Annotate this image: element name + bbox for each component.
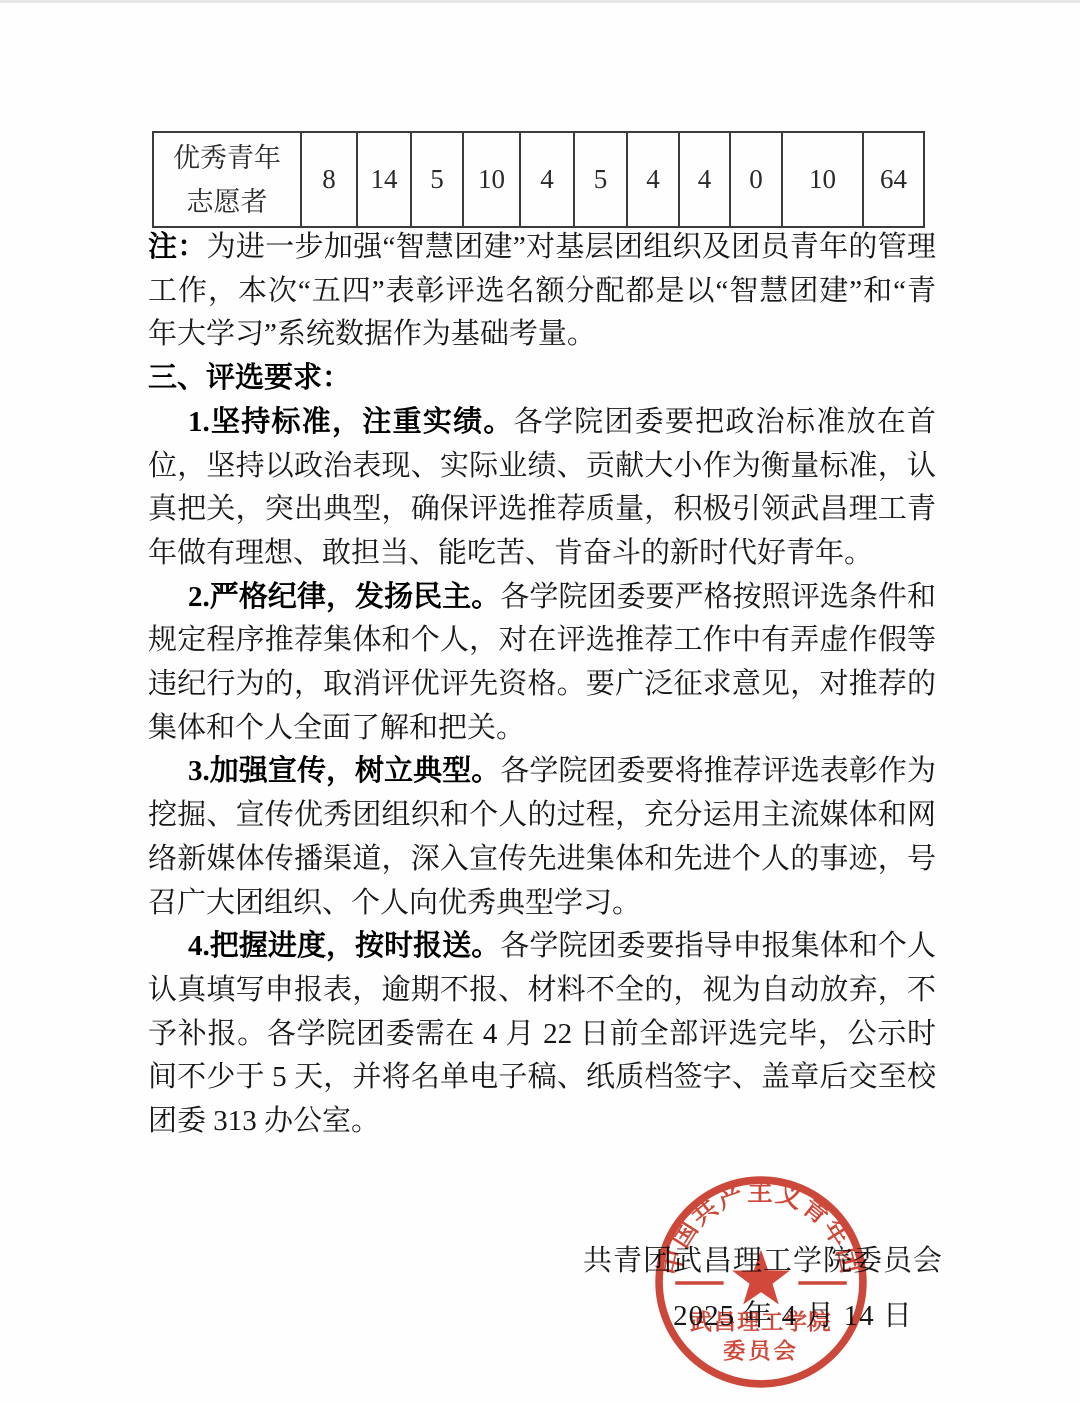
- note-paragraph: 注：为进一步加强“智慧团建”对基层团组织及团员青年的管理工作，本次“五四”表彰评…: [148, 226, 936, 357]
- table-cell: 64: [863, 132, 924, 227]
- item-1-lead: 1.坚持标准，注重实绩。: [188, 406, 514, 438]
- item-paragraph-3: 3.加强宣传，树立典型。各学院团委要将推荐评选表彰作为挖掘、宣传优秀团组织和个人…: [148, 750, 936, 925]
- seal-school-text: 武昌理工学院: [690, 1308, 832, 1334]
- section-heading: 三、评选要求：: [148, 357, 936, 401]
- quota-table: 优秀青年 志愿者 8 14 5 10 4 5 4 4 0 10 64: [152, 131, 925, 228]
- item-4-lead: 4.把握进度，按时报送。: [188, 930, 500, 962]
- row-label-cell: 优秀青年 志愿者: [153, 132, 301, 227]
- row-label-line2: 志愿者: [154, 180, 300, 224]
- body-text: 注：为进一步加强“智慧团建”对基层团组织及团员青年的管理工作，本次“五四”表彰评…: [148, 226, 936, 1144]
- table-cell: 0: [730, 132, 782, 227]
- table-cell: 5: [411, 132, 463, 227]
- note-lead: 注：: [148, 231, 207, 263]
- seal-star-icon: [732, 1250, 790, 1305]
- item-3-lead: 3.加强宣传，树立典型。: [188, 755, 500, 787]
- table-cell: 10: [463, 132, 520, 227]
- seal-committee-text: 委员会: [723, 1338, 799, 1364]
- table-cell: 4: [520, 132, 574, 227]
- item-paragraph-4: 4.把握进度，按时报送。各学院团委要指导申报集体和个人认真填写申报表，逾期不报、…: [148, 925, 936, 1144]
- table-cell: 14: [357, 132, 411, 227]
- scan-edge-strip: [0, 0, 1080, 3]
- item-paragraph-2: 2.严格纪律，发扬民主。各学院团委要严格按照评选条件和规定程序推荐集体和个人，对…: [148, 576, 936, 751]
- table-cell: 5: [574, 132, 627, 227]
- table-row: 优秀青年 志愿者 8 14 5 10 4 5 4 4 0 10 64: [153, 132, 924, 227]
- table-cell: 8: [301, 132, 357, 227]
- item-paragraph-1: 1.坚持标准，注重实绩。各学院团委要把政治标准放在首位，坚持以政治表现、实际业绩…: [148, 401, 936, 576]
- table-cell: 4: [627, 132, 679, 227]
- table-cell: 10: [782, 132, 863, 227]
- table-cell: 4: [679, 132, 730, 227]
- row-label-line1: 优秀青年: [154, 136, 300, 180]
- item-2-lead: 2.严格纪律，发扬民主。: [188, 581, 500, 613]
- official-seal: 中国共产主义青年团 武昌理工学院 委员会: [650, 1171, 872, 1393]
- document-page: 优秀青年 志愿者 8 14 5 10 4 5 4 4 0 10 64 注：为进一…: [0, 0, 1080, 1403]
- note-text: 为进一步加强“智慧团建”对基层团组织及团员青年的管理工作，本次“五四”表彰评选名…: [148, 231, 936, 350]
